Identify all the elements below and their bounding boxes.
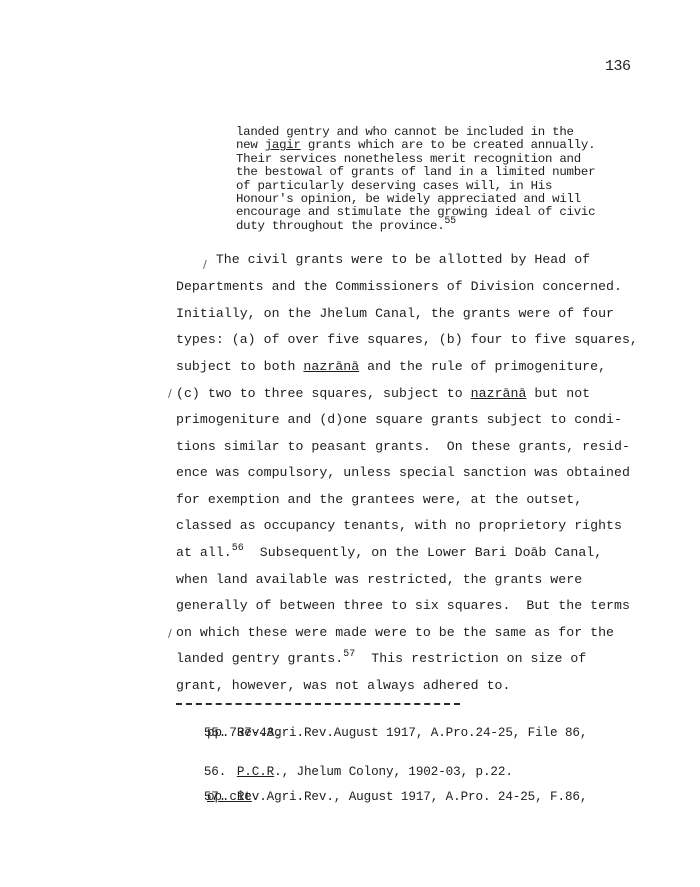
footnote-ref-56: 56: [232, 543, 244, 554]
quote-line: Their services nonetheless merit recogni…: [236, 153, 686, 166]
body-line: tions similar to peasant grants. On thes…: [176, 439, 630, 454]
body-line: ence was compulsory, unless special sanc…: [176, 465, 630, 480]
quote-line: duty throughout the province.55: [236, 220, 686, 233]
body-line: Departments and the Commissioners of Div…: [176, 279, 622, 294]
body-line: when land available was restricted, the …: [176, 572, 582, 587]
body-line: subject to both nazrānā and the rule of …: [176, 359, 606, 374]
quote-line: Honour's opinion, be widely appreciated …: [236, 193, 686, 206]
body-line: Initially, on the Jhelum Canal, the gran…: [176, 306, 614, 321]
quote-line: encourage and stimulate the growing idea…: [236, 206, 686, 219]
footnote-ref-55: 55: [444, 216, 456, 227]
quote-line: new jagir grants which are to be created…: [236, 139, 686, 152]
footnote-divider: [176, 703, 460, 705]
margin-tick-mark: /: [168, 627, 172, 640]
quote-line: the bestowal of grants of land in a limi…: [236, 166, 686, 179]
quote-line: of particularly deserving cases will, in…: [236, 180, 686, 193]
body-line: The civil grants were to be allotted by …: [176, 252, 590, 267]
italic-term: nazrānā: [303, 359, 359, 374]
quote-line: landed gentry and who cannot be included…: [236, 126, 686, 139]
italic-term: jagir: [265, 138, 301, 152]
body-line: classed as occupancy tenants, with no pr…: [176, 518, 622, 533]
body-line: on which these were made were to be the …: [176, 625, 614, 640]
footnote-ref-57: 57: [343, 649, 355, 660]
block-quote: landed gentry and who cannot be included…: [236, 126, 686, 233]
margin-tick-mark: /: [168, 387, 172, 400]
body-line: primogeniture and (d)one square grants s…: [176, 412, 622, 427]
footnote-57: 57.Rev.Agri.Rev., August 1917, A.Pro. 24…: [174, 776, 587, 832]
page-number: 136: [605, 58, 631, 75]
body-line: grant, however, was not always adhered t…: [176, 678, 510, 693]
body-line: landed gentry grants.57 This restriction…: [176, 651, 586, 666]
body-line: for exemption and the grantees were, at …: [176, 492, 582, 507]
body-line: at all.56 Subsequently, on the Lower Bar…: [176, 545, 602, 560]
italic-term: nazrānā: [471, 386, 527, 401]
body-line: generally of between three to six square…: [176, 598, 630, 613]
body-line: (c) two to three squares, subject to naz…: [176, 386, 590, 401]
body-line: types: (a) of over five squares, (b) fou…: [176, 332, 638, 347]
